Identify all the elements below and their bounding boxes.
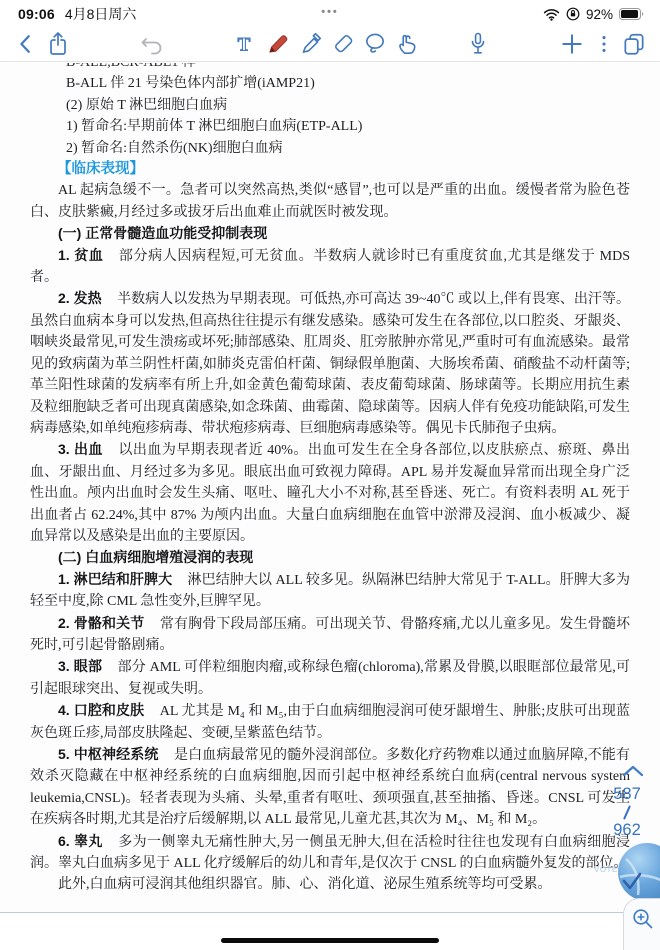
paragraph-text: 部分 AML 可伴粒细胞肉瘤,或称绿色瘤(chloroma),常累及骨膜,以眼眶… xyxy=(30,660,630,696)
paragraph-text: (一) 正常骨髓造血功能受抑制表现 xyxy=(58,225,267,241)
wifi-icon xyxy=(543,8,560,21)
paragraph: (2) 原始 T 淋巴细胞白血病 xyxy=(30,95,630,116)
section-heading: 【临床表现】 xyxy=(30,159,630,180)
page-total: 962 xyxy=(604,822,650,839)
paragraph: 1. 贫血部分病人因病程短,可无贫血。半数病人就诊时已有重度贫血,尤其是继发于 … xyxy=(30,245,630,289)
section-heading: (二) 白血病细胞增殖浸润的表现 xyxy=(30,547,630,568)
paragraph-text: B-ALL 伴 21 号染色体内部扩增(iAMP21) xyxy=(66,76,315,91)
paragraph-text: 2) 暂命名:自然杀伤(NK)细胞白血病 xyxy=(66,141,283,156)
paragraph-lead: 5. 中枢神经系统 xyxy=(58,746,159,762)
pen-tool-button-active[interactable] xyxy=(264,30,292,58)
document-page[interactable]: B-ALL,BCR-ABL1 样B-ALL 伴 21 号染色体内部扩增(iAMP… xyxy=(0,63,660,912)
paragraph-lead: 2. 骨骼和关节 xyxy=(58,615,144,631)
floating-ball-logo-icon[interactable]: VOTE xyxy=(618,843,660,901)
watermark-text: VOTE xyxy=(594,865,618,874)
date-label: 4月8日周六 xyxy=(65,4,137,24)
multitask-dots-icon[interactable]: ••• xyxy=(321,6,339,18)
paragraph-text: (2) 原始 T 淋巴细胞白血病 xyxy=(66,98,227,113)
highlighter-tool-button[interactable] xyxy=(297,30,325,58)
paragraph-text: 半数病人以发热为早期表现。可低热,亦可高达 39~40℃ 或以上,伴有畏寒、出汗… xyxy=(30,292,630,435)
rotation-lock-icon xyxy=(566,7,580,21)
paragraph-text: (二) 白血病细胞增殖浸润的表现 xyxy=(58,549,253,565)
paragraph-lead: 4. 口腔和皮肤 xyxy=(58,702,144,718)
paragraph: AL 起病急缓不一。急者可以突然高热,类似“感冒”,也可以是严重的出血。缓慢者常… xyxy=(30,180,630,223)
page-indicator[interactable]: 587 962 xyxy=(604,786,650,839)
toolbar: T xyxy=(0,26,660,62)
app-screen: 09:06 4月8日周六 ••• 92% T xyxy=(0,0,660,950)
paragraph: 1. 淋巴结和肝脾大淋巴结肿大以 ALL 较多见。纵隔淋巴结肿大常见于 T-AL… xyxy=(30,569,630,613)
more-menu-button[interactable] xyxy=(590,30,618,58)
paragraph: 2. 骨骼和关节常有胸骨下段局部压痛。可出现关节、骨骼疼痛,尤以儿童多见。发生骨… xyxy=(30,613,630,657)
page-separator-slash xyxy=(623,805,631,820)
paragraph-text: 以出血为早期表现者近 40%。出血可发生在全身各部位,以皮肤瘀点、瘀斑、鼻出血、… xyxy=(30,443,630,544)
paragraph-lead: 6. 睾丸 xyxy=(58,833,103,849)
eraser-tool-button[interactable] xyxy=(329,30,357,58)
paragraph: 6. 睾丸多为一侧睾丸无痛性肿大,另一侧虽无肿大,但在活检时往往也发现有白血病细… xyxy=(30,831,630,875)
battery-icon xyxy=(619,8,644,20)
battery-percent-label: 92% xyxy=(586,7,613,22)
home-indicator[interactable] xyxy=(221,938,439,943)
zoom-panel[interactable] xyxy=(623,898,660,950)
add-page-button[interactable] xyxy=(558,30,586,58)
collapse-chevron-up-icon[interactable] xyxy=(622,764,644,778)
page-current: 587 xyxy=(604,786,650,803)
paragraph-lead: 2. 发热 xyxy=(58,290,102,306)
bottom-separator xyxy=(0,912,624,913)
paragraph: 3. 眼部部分 AML 可伴粒细胞肉瘤,或称绿色瘤(chloroma),常累及骨… xyxy=(30,656,630,700)
paragraph: 4. 口腔和皮肤AL 尤其是 M₄ 和 M₅,由于白血病细胞浸润可使牙龈增生、肿… xyxy=(30,700,630,744)
paragraph-text: 1) 暂命名:早期前体 T 淋巴细胞白血病(ETP-ALL) xyxy=(66,119,362,134)
paragraph: 2) 暂命名:自然杀伤(NK)细胞白血病 xyxy=(30,138,630,159)
svg-text:T: T xyxy=(238,35,251,56)
paragraph: 1) 暂命名:早期前体 T 淋巴细胞白血病(ETP-ALL) xyxy=(30,116,630,137)
paragraph-text: 此外,白血病可浸润其他组织器官。肺、心、消化道、泌尿生殖系统等均可受累。 xyxy=(58,877,552,892)
undo-button[interactable] xyxy=(139,30,167,58)
hand-tool-button[interactable] xyxy=(393,30,421,58)
paragraph-text: AL 起病急缓不一。急者可以突然高热,类似“感冒”,也可以是严重的出血。缓慢者常… xyxy=(30,183,630,219)
back-button[interactable] xyxy=(12,30,40,58)
clock: 09:06 xyxy=(18,6,55,22)
paragraph-lead: 1. 淋巴结和肝脾大 xyxy=(58,571,172,587)
paragraph-text: 部分病人因病程短,可无贫血。半数病人就诊时已有重度贫血,尤其是继发于 MDS 者… xyxy=(30,249,630,285)
text-tool-button[interactable]: T xyxy=(230,30,258,58)
zoom-in-icon xyxy=(631,907,655,931)
paragraph-lead: 3. 眼部 xyxy=(58,658,102,674)
lasso-tool-button[interactable] xyxy=(361,30,389,58)
paragraph-text: 多为一侧睾丸无痛性肿大,另一侧虽无肿大,但在活检时往往也发现有白血病细胞浸润。睾… xyxy=(30,835,630,871)
paragraph: B-ALL,BCR-ABL1 样 xyxy=(30,63,630,73)
status-bar: 09:06 4月8日周六 ••• 92% xyxy=(0,0,660,26)
paragraph-text: B-ALL,BCR-ABL1 样 xyxy=(66,63,196,70)
share-button[interactable] xyxy=(44,30,72,58)
section-heading: (一) 正常骨髓造血功能受抑制表现 xyxy=(30,223,630,244)
paragraph: 此外,白血病可浸润其他组织器官。肺、心、消化道、泌尿生殖系统等均可受累。 xyxy=(30,874,630,895)
paragraph: 2. 发热半数病人以发热为早期表现。可低热,亦可高达 39~40℃ 或以上,伴有… xyxy=(30,288,630,439)
paragraph: 5. 中枢神经系统是白血病最常见的髓外浸润部位。多数化疗药物难以通过血脑屏障,不… xyxy=(30,744,630,831)
paragraph: 3. 出血以出血为早期表现者近 40%。出血可发生在全身各部位,以皮肤瘀点、瘀斑… xyxy=(30,439,630,547)
paragraph-lead: 1. 贫血 xyxy=(58,247,103,263)
pages-overview-button[interactable] xyxy=(620,30,648,58)
paragraph-lead: 3. 出血 xyxy=(58,441,103,457)
paragraph: B-ALL 伴 21 号染色体内部扩增(iAMP21) xyxy=(30,73,630,94)
paragraph-text: 【临床表现】 xyxy=(57,161,144,177)
microphone-button[interactable] xyxy=(464,30,492,58)
